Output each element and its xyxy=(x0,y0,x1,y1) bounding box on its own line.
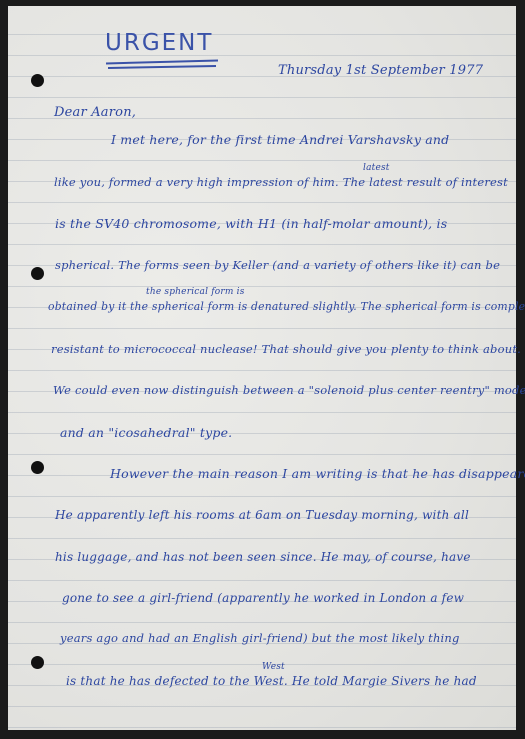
letter-page: URGENT Thursday 1st September 1977 Dear … xyxy=(8,6,516,730)
punch-hole xyxy=(31,461,44,474)
insertion-spherical-form: the spherical form is xyxy=(146,288,245,297)
letter-line-4: spherical. The forms seen by Keller (and… xyxy=(55,260,500,272)
letter-date: Thursday 1st September 1977 xyxy=(278,64,483,77)
insertion-latest: latest xyxy=(363,164,390,173)
letter-line-7: We could even now distinguish between a … xyxy=(53,385,525,397)
letter-line-2: like you, formed a very high impression … xyxy=(54,177,508,189)
letter-line-12: gone to see a girl-friend (apparently he… xyxy=(62,592,464,604)
punch-hole xyxy=(31,74,44,87)
letter-line-10: He apparently left his rooms at 6am on T… xyxy=(55,509,469,521)
letter-line-9: However the main reason I am writing is … xyxy=(110,468,525,481)
letter-line-11: his luggage, and has not been seen since… xyxy=(55,551,471,563)
letter-line-14: is that he has defected to the West. He … xyxy=(66,675,477,687)
letter-line-1: I met here, for the first time Andrei Va… xyxy=(111,134,449,147)
letter-line-3: is the SV40 chromosome, with H1 (in half… xyxy=(55,218,447,231)
punch-hole xyxy=(31,267,44,280)
letter-line-5: obtained by it the spherical form is den… xyxy=(48,302,525,313)
letter-line-6: resistant to micrococcal nuclease! That … xyxy=(51,344,521,356)
insertion-west: West xyxy=(262,663,285,672)
urgent-heading: URGENT xyxy=(105,32,213,55)
heading-underline xyxy=(106,60,218,64)
letter-line-13: years ago and had an English girl-friend… xyxy=(60,633,460,645)
salutation: Dear Aaron, xyxy=(54,106,136,119)
letter-line-8: and an "icosahedral" type. xyxy=(60,427,232,440)
punch-hole xyxy=(31,656,44,669)
heading-underline xyxy=(108,65,216,68)
